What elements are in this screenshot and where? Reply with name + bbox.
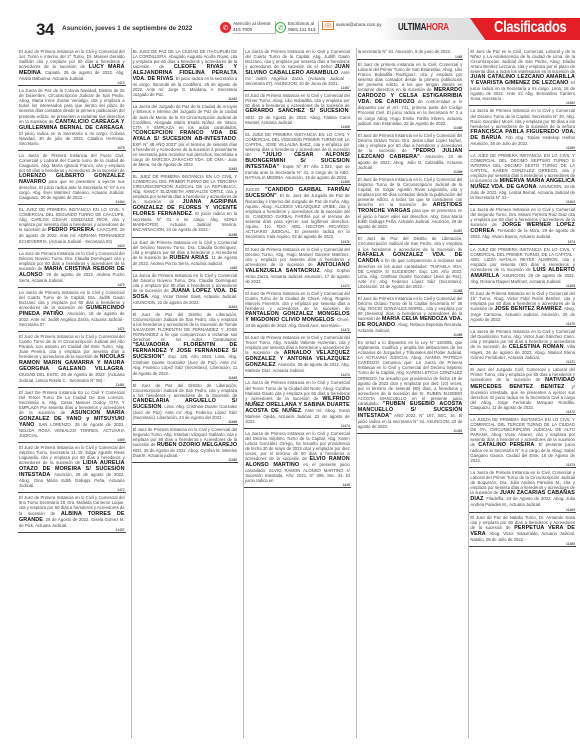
notice-code: 11460	[133, 458, 238, 462]
legal-notice: La Juez de Primera Instancia en lo Civil…	[132, 239, 239, 271]
legal-notice: El Juez de Primera Instancia en lo Civil…	[244, 92, 351, 129]
notice-code: 11458	[133, 233, 238, 237]
legal-notice: El Juez de Primera Instancia en lo Civil…	[357, 176, 464, 234]
contact-value: 0981 111 013	[288, 27, 315, 32]
notice-text: La Jueza de Primera Instancia del Fuero …	[19, 153, 125, 173]
notice-code: 11470	[245, 240, 350, 244]
notice-columns: El Juez de Primera Instancia en lo Civil…	[18, 48, 576, 738]
date-line: Asunción, jueves 1 de septiembre de 2022	[62, 25, 192, 32]
legal-notice: LA JUEZ DE PRIMERA INSTANCIA EN LO CIVIL…	[469, 246, 576, 289]
notice-text: SED, 25 de Agosto de 2022. Abog. Cynthia…	[133, 448, 238, 458]
notice-code: 11467	[358, 229, 463, 233]
section-title: Clasificados	[494, 19, 566, 37]
notice-code: 1423	[19, 244, 125, 248]
notice-text: . Abg. Victor Daniel Saint, Actuario Jud…	[133, 294, 238, 305]
legal-notice: El Juez de Paz de Natalio Turno, Dr. Arm…	[469, 514, 576, 547]
whatsapp-contact: ✆ Escribinos al0981 111 013	[275, 21, 319, 34]
contact-label: Escribinos al	[288, 21, 314, 26]
legal-notice: EL JUEZ DE PRIMERA INSTANCIA EN LO CIVIL…	[132, 173, 239, 238]
notice-text: . Filadelfia, 24 de Agosto de 2022. Abog…	[470, 496, 575, 507]
page-header: 34 Asunción, jueves 1 de septiembre de 2…	[0, 18, 580, 44]
legal-notice: LA JUEZ DE PRIMERA INSTANCIA EN LO CIVIL…	[469, 152, 576, 205]
notice-code: 11473	[470, 463, 575, 467]
notice-code: 1438	[245, 483, 350, 487]
notice-code: 1470	[19, 283, 125, 287]
legal-notice: La Jueza del Juzgado de Paz de la Ciudad…	[132, 103, 239, 172]
notice-code: 1469	[19, 438, 125, 442]
legal-notice: El Juez de Primera Instancia en lo Civil…	[132, 426, 239, 463]
legal-notice: La Jueza de Paz de la Colonia Navidad, D…	[18, 87, 126, 151]
legal-notice: JUICIO: "CANDIDO GARBAL FARIÑA/ SUCESIÓN…	[244, 186, 351, 244]
column-5: El Juez de Paz en lo Civil, Comercial, L…	[468, 48, 576, 738]
email-contact: ✉ avisos@uhora.com.py	[322, 21, 385, 30]
notice-code: 11474	[245, 424, 350, 428]
ultimahora-logo: ULTIMAHORA	[398, 22, 449, 33]
notice-text: la secretaría N° 34. Asunción, 6 de juni…	[358, 49, 451, 54]
page-number: 34	[36, 20, 54, 40]
notice-code: 1469	[133, 266, 238, 270]
legal-notice: El Juez De Primera Instancia En Lo Civil…	[18, 389, 126, 443]
notice-text: El Juez de Primera Instancia en lo Civil…	[245, 291, 350, 311]
notice-code: 11466	[133, 420, 238, 424]
legal-notice: El Juez de Primera Instancia en lo Civil…	[18, 333, 126, 387]
notice-code: 11466	[358, 170, 463, 174]
phone-icon: ✆	[220, 22, 231, 33]
notice-code: 11461	[19, 383, 125, 387]
legal-notice: la secretaría N° 34. Asunción, 6 de juni…	[357, 48, 464, 60]
legal-notice: El Juez de Primera Instancia en lo Civil…	[18, 444, 126, 493]
section-tab: Clasificados	[470, 18, 580, 40]
notice-code: 11463	[133, 167, 238, 171]
notice-code: 11385	[470, 542, 575, 546]
legal-notice: El Juez de Primera Instancia en lo Civil…	[357, 295, 464, 338]
contact-value: avisos@uhora.com.py	[336, 22, 385, 29]
notice-code: 11469	[358, 333, 463, 337]
notice-code: 11467	[245, 86, 350, 90]
notice-code: 11399	[470, 146, 575, 150]
legal-notice: El Juez de Paz del Distrito de Liberació…	[357, 235, 464, 293]
notice-code: 11404	[19, 200, 125, 204]
legal-notice: El Juez de Primera Instancia en lo Civil…	[357, 132, 464, 175]
legal-notice: La Jueza de Primera Instancia en lo Civi…	[469, 469, 576, 512]
notice-text: El Juez de Paz del Distrito de Liberació…	[133, 383, 238, 398]
legal-notice: La Jueza de Primera Instancia en lo Civi…	[132, 272, 239, 310]
notice-code: 11469	[245, 180, 350, 184]
envelope-icon: ✉	[322, 21, 334, 30]
legal-notice: En virtud a lo dispuesto en la Ley N° 11…	[357, 339, 464, 434]
notice-code: 1474	[470, 240, 575, 244]
legal-notice: La Jueza de Primera Instancia en lo Civi…	[469, 107, 576, 150]
notice-code: 11469	[470, 508, 575, 512]
notice-text: . Abog. Victor Insaurralde, Actuario Jud…	[470, 531, 575, 542]
notice-code: 11461	[358, 429, 463, 433]
notice-text: El Juez de Paz del Distrito de Liberació…	[133, 312, 238, 342]
customer-service-contact: ✆ Atención al cliente:415 7000	[220, 21, 276, 34]
legal-notice: LA JUEZA DE PRIMERA INSTANCIA EN LO CIVI…	[469, 416, 576, 468]
notice-text: La Jueza del Juzgado de Paz de la Ciudad…	[133, 104, 238, 129]
column-1: El Juez de Primera Instancia en lo Civil…	[18, 48, 126, 738]
legal-notice: La Juez de Primera Instancia en lo Civil…	[18, 250, 126, 288]
legal-notice: La Jueza de Primera Instancia en lo Civi…	[244, 430, 351, 488]
notice-text: . El Sr. Juez del Juzgado de Paz de Ñacu…	[245, 193, 350, 239]
legal-notice: El Juez de Paz del Distrito de Liberació…	[132, 382, 239, 425]
legal-notice: El Juez de Paz del Distrito de Liberació…	[132, 311, 239, 381]
notice-code: 11472	[245, 328, 350, 332]
legal-notice: EL JUEZ DE PRIMERA INSTANCIA EN LO CIVIL…	[244, 131, 351, 185]
legal-notice: El Juez de Paz en lo Civil, Comercial, L…	[469, 48, 576, 106]
notice-code: 11403	[470, 200, 575, 204]
notice-text: . SAN LORENZO, 26 de Agosto de 2022. NEL…	[19, 422, 125, 438]
notice-text: JUICIO:	[245, 187, 265, 192]
legal-notice: EL JUEZ DE PAZ DE LA CIUDAD DE ITACURUBI…	[132, 48, 239, 102]
classifieds-page: 34 Asunción, jueves 1 de septiembre de 2…	[0, 0, 580, 756]
notice-code: 11471	[245, 284, 350, 288]
legal-notice: El Juez de Primera Instancia en lo Civil…	[244, 290, 351, 333]
notice-code: 11468	[245, 125, 350, 129]
legal-notice: El Juez de Primera Instancia en lo Civil…	[18, 48, 126, 86]
notice-code: 11465	[358, 126, 463, 130]
notice-code: 11408	[470, 284, 575, 288]
legal-notice: La Jueza de Primera Instancia en lo Civi…	[244, 48, 351, 91]
decedent-name: "CONCEPCION FRANCO VDA DE AYALA S/ SUCES…	[133, 130, 238, 142]
notice-code: 11462	[133, 97, 238, 101]
notice-code: 1471	[19, 327, 125, 331]
legal-notice: EL JUEZ DE PRIMERA INSTANCIA EN LO CIVIL…	[18, 206, 126, 248]
contact-label: Atención al cliente:	[233, 21, 272, 26]
notice-code: 1473	[19, 81, 125, 85]
notice-code: 11457	[19, 528, 125, 532]
legal-notice: El Juez de primera instancia en lo Civil…	[357, 61, 464, 131]
notice-code: 1078	[19, 146, 125, 150]
whatsapp-icon: ✆	[275, 22, 286, 33]
legal-notice: El Juez del Juzgado Civil, Comercial y L…	[469, 366, 576, 414]
notice-code: 11468	[358, 289, 463, 293]
notice-text: La Jueza de Primera Instancia en lo Civi…	[470, 108, 575, 128]
notice-code: 11465	[133, 376, 238, 380]
legal-notice: El Juez de Primera Instancia en lo Civil…	[18, 494, 126, 532]
legal-notice: El Juez de Primera Instancia en lo Civil…	[244, 246, 351, 289]
contact-value: 415 7000	[233, 27, 252, 32]
column-2: EL JUEZ DE PAZ DE LA CIUDAD DE ITACURUBI…	[131, 48, 239, 738]
legal-notice: La Jueza de Primera Instancia del Fuero …	[18, 152, 126, 205]
notice-code: 11464	[133, 305, 238, 309]
notice-code: 11470	[470, 322, 575, 326]
column-3: La Jueza de Primera Instancia en lo Civi…	[243, 48, 351, 738]
notice-code: 11473	[245, 373, 350, 377]
legal-notice: La Jueza de Primera Instancia en lo Civi…	[469, 328, 576, 365]
legal-notice: El Juez de Primera Instancia en lo Civil…	[469, 290, 576, 327]
notice-code: 1468	[358, 55, 463, 59]
legal-notice: La Jueza de Primera Instancia en lo Civi…	[18, 289, 126, 332]
notice-text: El Juez de Primera Instancia en lo Civil…	[245, 93, 350, 108]
notice-code: 1472	[19, 488, 125, 492]
notice-code: 11392	[470, 101, 575, 105]
legal-notice: La Jueza de Primera Instancia en lo Civi…	[469, 206, 576, 244]
legal-notice: El Juez de Primera Instancia en lo Civil…	[244, 334, 351, 378]
notice-text: El Juez de Paz del Distrito de Liberació…	[358, 236, 463, 251]
notice-text: En virtud a lo dispuesto en la Ley N° 11…	[358, 340, 463, 406]
notice-code: 11471	[470, 360, 575, 364]
notice-code: 11472	[470, 410, 575, 414]
decedent-name: JUAN CATALINO LEZCANO AMARILLA Y EVARIST…	[470, 74, 575, 86]
legal-notice: La Jueza de Primera Instancia en lo Civi…	[244, 379, 351, 428]
column-4: la secretaría N° 34. Asunción, 6 de juni…	[356, 48, 464, 738]
notice-text: El Juez de Paz en lo Civil, Comercial, L…	[470, 49, 575, 74]
